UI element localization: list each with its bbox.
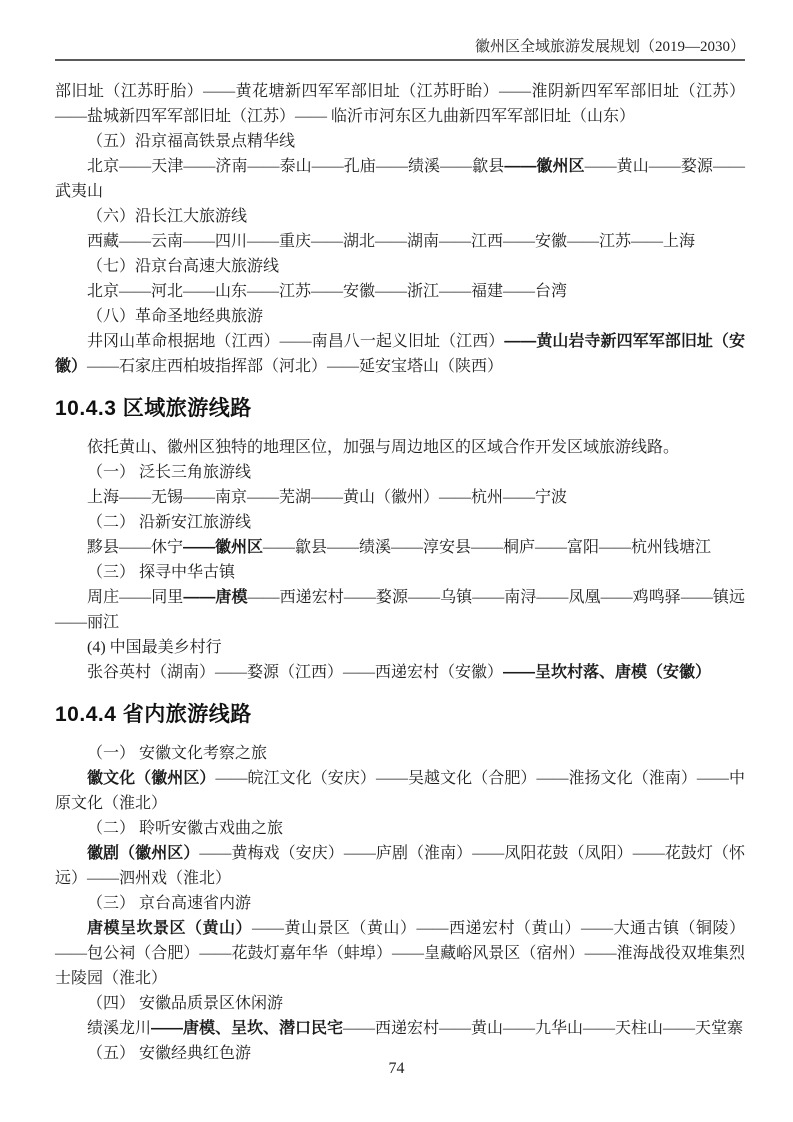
section-heading: 10.4.3 区域旅游线路 [55, 396, 745, 422]
text-run: 张谷英村（湖南）——婺源（江西）——西递宏村（安徽） [87, 664, 503, 681]
document-page: 徽州区全域旅游发展规划（2019—2030） 部旧址（江苏盱胎）——黄花塘新四军… [0, 0, 793, 1122]
text-run: （二） 沿新安江旅游线 [87, 514, 251, 531]
paragraph: （一） 泛长三角旅游线 [55, 460, 745, 485]
bold-text-run: ——唐模 [183, 589, 247, 606]
bold-text-run: 徽剧（徽州区） [87, 845, 199, 862]
text-run: （六）沿长江大旅游线 [87, 208, 247, 225]
paragraph: 周庄——同里——唐模——西递宏村——婺源——乌镇——南浔——凤凰——鸡鸣驿——镇… [55, 585, 745, 635]
paragraph: 依托黄山、徽州区独特的地理区位，加强与周边地区的区域合作开发区域旅游线路。 [55, 435, 745, 460]
paragraph: （三） 探寻中华古镇 [55, 560, 745, 585]
text-run: （一） 安徽文化考察之旅 [87, 745, 267, 762]
paragraph: （四） 安徽品质景区休闲游 [55, 991, 745, 1016]
bold-text-run: 徽文化（徽州区） [87, 770, 215, 787]
text-run: 周庄——同里 [87, 589, 183, 606]
text-run: （五）沿京福高铁景点精华线 [87, 133, 295, 150]
page-content-area: 徽州区全域旅游发展规划（2019—2030） 部旧址（江苏盱胎）——黄花塘新四军… [55, 38, 745, 1066]
paragraph: 部旧址（江苏盱胎）——黄花塘新四军军部旧址（江苏盱眙）——淮阴新四军军部旧址（江… [55, 79, 745, 129]
paragraph: 徽文化（徽州区）——皖江文化（安庆）——吴越文化（合肥）——淮扬文化（淮南）——… [55, 766, 745, 816]
paragraph: （一） 安徽文化考察之旅 [55, 741, 745, 766]
text-run: （八）革命圣地经典旅游 [87, 308, 263, 325]
text-run: （四） 安徽品质景区休闲游 [87, 995, 283, 1012]
paragraph: 西藏——云南——四川——重庆——湖北——湖南——江西——安徽——江苏——上海 [55, 229, 745, 254]
text-run: 依托黄山、徽州区独特的地理区位，加强与周边地区的区域合作开发区域旅游线路。 [87, 439, 679, 456]
document-body: 部旧址（江苏盱胎）——黄花塘新四军军部旧址（江苏盱眙）——淮阴新四军军部旧址（江… [55, 79, 745, 1066]
paragraph: 黟县——休宁——徽州区——歙县——绩溪——淳安县——桐庐——富阳——杭州钱塘江 [55, 535, 745, 560]
paragraph: 北京——天津——济南——泰山——孔庙——绩溪——歙县——徽州区——黄山——婺源—… [55, 154, 745, 204]
bold-text-run: ——徽州区 [504, 158, 584, 175]
text-run: 黟县——休宁 [87, 539, 183, 556]
text-run: ——歙县——绩溪——淳安县——桐庐——富阳——杭州钱塘江 [263, 539, 711, 556]
paragraph: 唐模呈坎景区（黄山）——黄山景区（黄山）——西递宏村（黄山）——大通古镇（铜陵）… [55, 916, 745, 991]
paragraph: （五）沿京福高铁景点精华线 [55, 129, 745, 154]
paragraph: （三） 京台高速省内游 [55, 891, 745, 916]
text-run: （一） 泛长三角旅游线 [87, 464, 251, 481]
text-run: （七）沿京台高速大旅游线 [87, 258, 279, 275]
text-run: 北京——河北——山东——江苏——安徽——浙江——福建——台湾 [87, 283, 567, 300]
text-run: （三） 探寻中华古镇 [87, 564, 235, 581]
text-run: (4) 中国最美乡村行 [87, 639, 222, 656]
text-run: 西藏——云南——四川——重庆——湖北——湖南——江西——安徽——江苏——上海 [87, 233, 695, 250]
text-run: 北京——天津——济南——泰山——孔庙——绩溪——歙县 [87, 158, 504, 175]
paragraph: 北京——河北——山东——江苏——安徽——浙江——福建——台湾 [55, 279, 745, 304]
paragraph: 绩溪龙川——唐模、呈坎、潜口民宅——西递宏村——黄山——九华山——天柱山——天堂… [55, 1016, 745, 1041]
running-header-title: 徽州区全域旅游发展规划（2019—2030） [55, 38, 745, 56]
text-run: 井冈山革命根据地（江西）——南昌八一起义旧址（江西） [87, 333, 504, 350]
text-run: （二） 聆听安徽古戏曲之旅 [87, 820, 283, 837]
header-rule [55, 59, 745, 61]
text-run: 绩溪龙川 [87, 1020, 151, 1037]
paragraph: 徽剧（徽州区）——黄梅戏（安庆）——庐剧（淮南）——凤阳花鼓（凤阳）——花鼓灯（… [55, 841, 745, 891]
paragraph: （八）革命圣地经典旅游 [55, 304, 745, 329]
bold-text-run: 唐模呈坎景区（黄山） [87, 920, 252, 937]
text-run: （三） 京台高速省内游 [87, 895, 251, 912]
paragraph: 张谷英村（湖南）——婺源（江西）——西递宏村（安徽）——呈坎村落、唐模（安徽） [55, 660, 745, 685]
paragraph: （二） 聆听安徽古戏曲之旅 [55, 816, 745, 841]
paragraph: （二） 沿新安江旅游线 [55, 510, 745, 535]
text-run: 上海——无锡——南京——芜湖——黄山（徽州）——杭州——宁波 [87, 489, 567, 506]
section-heading: 10.4.4 省内旅游线路 [55, 702, 745, 728]
bold-text-run: ——唐模、呈坎、潜口民宅 [151, 1020, 343, 1037]
paragraph: （六）沿长江大旅游线 [55, 204, 745, 229]
bold-text-run: ——呈坎村落、唐模（安徽） [503, 664, 711, 681]
page-number: 74 [0, 1060, 793, 1078]
text-run: ——石家庄西柏坡指挥部（河北）——延安宝塔山（陕西） [87, 358, 503, 375]
paragraph: 井冈山革命根据地（江西）——南昌八一起义旧址（江西）——黄山岩寺新四军军部旧址（… [55, 329, 745, 379]
bold-text-run: ——徽州区 [183, 539, 263, 556]
text-run: 部旧址（江苏盱胎）——黄花塘新四军军部旧址（江苏盱眙）——淮阴新四军军部旧址（江… [55, 83, 745, 125]
paragraph: 上海——无锡——南京——芜湖——黄山（徽州）——杭州——宁波 [55, 485, 745, 510]
text-run: ——西递宏村——黄山——九华山——天柱山——天堂寨 [343, 1020, 743, 1037]
paragraph: (4) 中国最美乡村行 [55, 635, 745, 660]
paragraph: （七）沿京台高速大旅游线 [55, 254, 745, 279]
